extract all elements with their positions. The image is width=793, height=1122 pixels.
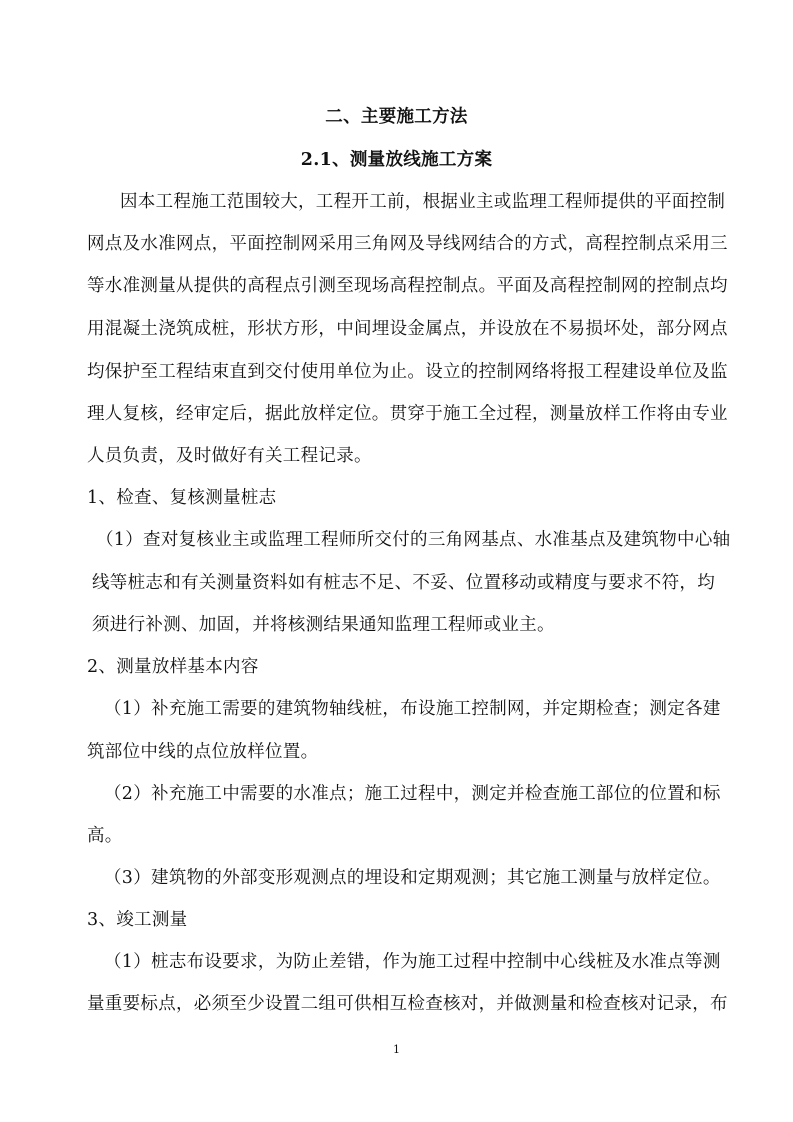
intro-line: 等水准测量从提供的高程点引测至现场高程控制点。平面及高程控制网的控制点均 [87,276,712,296]
intro-line: 理人复核，经审定后，据此放样定位。贯穿于施工全过程，测量放样工作将由专业 [87,404,712,424]
document-page: 二、主要施工方法 2.1、测量放线施工方案 因本工程施工范围较大，工程开工前，根… [0,0,793,1122]
intro-line: 网点及水准网点，平面控制网采用三角网及导线网结合的方式，高程控制点采用三 [87,234,712,254]
section-heading-2: 2、测量放样基本内容 [87,657,712,677]
chapter-title: 二、主要施工方法 [0,107,793,127]
item-line: （2）补充施工中需要的水准点；施工过程中，测定并检查施工部位的位置和标 [104,784,729,804]
intro-line: 均保护至工程结束直到交付使用单位为止。设立的控制网络将报工程建设单位及监 [87,362,712,382]
section-heading-1: 1、检查、复核测量桩志 [87,488,712,508]
item-line: 筑部位中线的点位放样位置。 [87,742,712,762]
item-line: （3）建筑物的外部变形观测点的埋设和定期观测；其它施工测量与放样定位。 [104,868,729,888]
intro-line: 人员负责，及时做好有关工程记录。 [87,446,712,466]
intro-line: 因本工程施工范围较大，工程开工前，根据业主或监理工程师提供的平面控制 [120,192,745,212]
item-line: （1）桩志布设要求，为防止差错，作为施工过程中控制中心线桩及水准点等测 [104,952,729,972]
item-line: （1）补充施工需要的建筑物轴线桩，布设施工控制网，并定期检查；测定各建 [104,699,729,719]
item-line: （1）查对复核业主或监理工程师所交付的三角网基点、水准基点及建筑物中心轴 [96,530,721,550]
section-heading-3: 3、竣工测量 [87,910,712,930]
item-line: 量重要标点，必须至少设置二组可供相互检查核对，并做测量和检查核对记录，布 [87,994,712,1014]
intro-line: 用混凝土浇筑成桩，形状方形，中间埋设金属点，并设放在不易损坏处，部分网点 [87,319,712,339]
section-title: 2.1、测量放线施工方案 [0,150,793,170]
item-line: 须进行补测、加固，并将核测结果通知监理工程师或业主。 [92,615,717,635]
item-line: 高。 [87,826,712,846]
item-line: 线等桩志和有关测量资料如有桩志不足、不妥、位置移动或精度与要求不符，均 [92,573,717,593]
page-number: 1 [0,1043,793,1056]
